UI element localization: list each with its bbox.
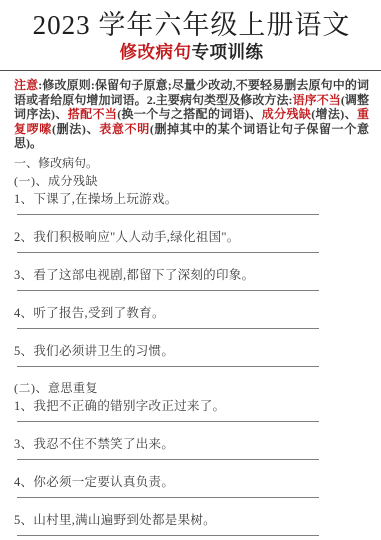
question: 1、下课了,在操场上玩游戏。 [14,191,369,215]
page-subtitle: 修改病句专项训练 [14,42,369,63]
answer-line [17,490,319,498]
section-component-missing: (一)、成分残缺 1、下课了,在操场上玩游戏。 2、我们积极响应"人人动手,绿化… [14,174,369,367]
question-text: 5、山村里,满山遍野到处都是果树。 [14,512,369,528]
section-title: (二)、意思重复 [14,381,369,395]
page-title: 2023 学年六年级上册语文 [14,9,369,41]
question-text: 5、我们必须讲卫生的习惯。 [14,343,369,359]
notice-segment: (增法)、 [311,107,357,121]
question-text: 3、我忍不住不禁笑了出来。 [14,436,369,452]
answer-line [17,283,319,291]
question: 4、你必须一定要认真负责。 [14,474,369,498]
answer-line [17,414,319,422]
question: 3、我忍不住不禁笑了出来。 [14,436,369,460]
answer-line [17,207,319,215]
section-meaning-repetition: (二)、意思重复 1、我把不正确的错别字改正过来了。 3、我忍不住不禁笑了出来。… [14,381,369,536]
question-text: 1、我把不正确的错别字改正过来了。 [14,398,369,414]
question-text: 4、你必须一定要认真负责。 [14,474,369,490]
worksheet-page: 2023 学年六年级上册语文 修改病句专项训练 注意:修改原则:保留句子原意;尽… [0,0,381,540]
answer-line [17,528,319,536]
answer-line [17,359,319,367]
title-divider [0,70,381,71]
notice-segment: (删法)、 [52,122,99,136]
notice-segment: 表意不明 [99,122,150,136]
question: 2、我们积极响应"人人动手,绿化祖国"。 [14,229,369,253]
question-text: 2、我们积极响应"人人动手,绿化祖国"。 [14,229,369,245]
question-text: 3、看了这部电视剧,都留下了深刻的印象。 [14,267,369,283]
question: 5、我们必须讲卫生的习惯。 [14,343,369,367]
answer-line [17,452,319,460]
question: 4、听了报告,受到了教育。 [14,305,369,329]
notice-paragraph: 注意:修改原则:保留句子原意;尽量少改动,不要轻易删去原句中的词语或者给原句增加… [14,78,369,151]
answer-line [17,321,319,329]
notice-segment: 搭配不当 [68,107,117,121]
exercise-heading: 一、修改病句。 [14,156,369,170]
question: 3、看了这部电视剧,都留下了深刻的印象。 [14,267,369,291]
notice-segment: 成分残缺 [262,107,311,121]
question: 1、我把不正确的错别字改正过来了。 [14,398,369,422]
notice-segment: (换一个与之搭配的词语)、 [117,107,262,121]
notice-segment: 语序不当 [293,93,341,107]
answer-line [17,245,319,253]
question: 5、山村里,满山遍野到处都是果树。 [14,512,369,536]
section-title: (一)、成分残缺 [14,174,369,188]
subtitle-rest: 专项训练 [192,42,264,62]
question-text: 1、下课了,在操场上玩游戏。 [14,191,369,207]
subtitle-highlight: 修改病句 [120,42,192,62]
question-text: 4、听了报告,受到了教育。 [14,305,369,321]
notice-segment: 注意 [14,78,38,92]
